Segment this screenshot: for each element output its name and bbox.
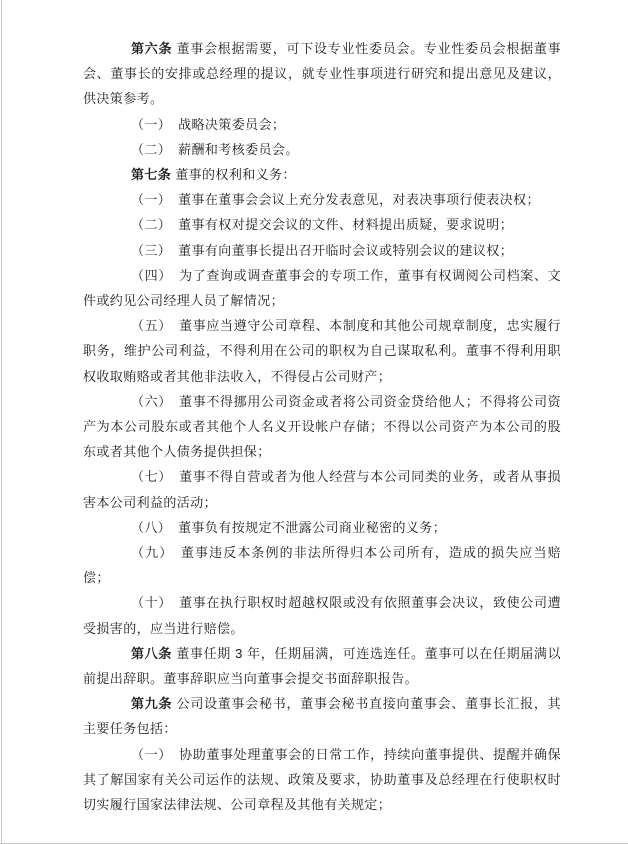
paragraph: （五） 董事应当遵守公司章程、本制度和其他公司规章制度，忠实履行职务，维护公司利… bbox=[83, 313, 561, 389]
paragraph: （二） 董事有权对提交会议的文件、材料提出质疑，要求说明； bbox=[83, 212, 561, 237]
paragraph: （八） 董事负有按规定不泄露公司商业秘密的义务； bbox=[83, 515, 561, 540]
paragraph: （十） 董事在执行职权时超越权限或没有依照董事会决议，致使公司遭受损害的，应当进… bbox=[83, 590, 561, 640]
paragraph: （一） 战略决策委员会； bbox=[83, 112, 561, 137]
paragraph: （六） 董事不得挪用公司资金或者将公司资金贷给他人；不得将公司资产为本公司股东或… bbox=[83, 389, 561, 465]
paragraph: 第八条 董事任期 3 年，任期届满，可连选连任。董事可以在任期届满以前提出辞职。… bbox=[83, 641, 561, 691]
article-number: 第七条 bbox=[131, 167, 171, 182]
paragraph: （一） 协助董事处理董事会的日常工作，持续向董事提供、提醒并确保其了解国家有关公… bbox=[83, 742, 561, 818]
article-number: 第六条 bbox=[131, 41, 172, 56]
paragraph: 第九条 公司设董事会秘书，董事会秘书直接向董事会、董事长汇报，其主要任务包括： bbox=[83, 691, 561, 741]
paragraph: 第六条 董事会根据需要，可下设专业性委员会。专业性委员会根据董事会、董事长的安排… bbox=[83, 36, 561, 112]
document-page: 第六条 董事会根据需要，可下设专业性委员会。专业性委员会根据董事会、董事长的安排… bbox=[0, 0, 628, 844]
paragraph: （七） 董事不得自营或者为他人经营与本公司同类的业务，或者从事损害本公司利益的活… bbox=[83, 464, 561, 514]
paragraph: （三） 董事有向董事长提出召开临时会议或特别会议的建议权； bbox=[83, 238, 561, 263]
document-body: 第六条 董事会根据需要，可下设专业性委员会。专业性委员会根据董事会、董事长的安排… bbox=[83, 36, 561, 817]
paragraph: 第七条 董事的权利和义务： bbox=[83, 162, 561, 187]
paragraph: （四） 为了查询或调查董事会的专项工作，董事有权调阅公司档案、文件或约见公司经理… bbox=[83, 263, 561, 313]
paragraph: （二） 薪酬和考核委员会。 bbox=[83, 137, 561, 162]
paragraph: （九） 董事违反本条例的非法所得归本公司所有，造成的损失应当赔偿； bbox=[83, 540, 561, 590]
paragraph: （一） 董事在董事会会议上充分发表意见，对表决事项行使表决权； bbox=[83, 187, 561, 212]
page-left-edge-line bbox=[1, 0, 2, 844]
article-number: 第八条 bbox=[131, 646, 172, 661]
article-number: 第九条 bbox=[131, 696, 172, 711]
